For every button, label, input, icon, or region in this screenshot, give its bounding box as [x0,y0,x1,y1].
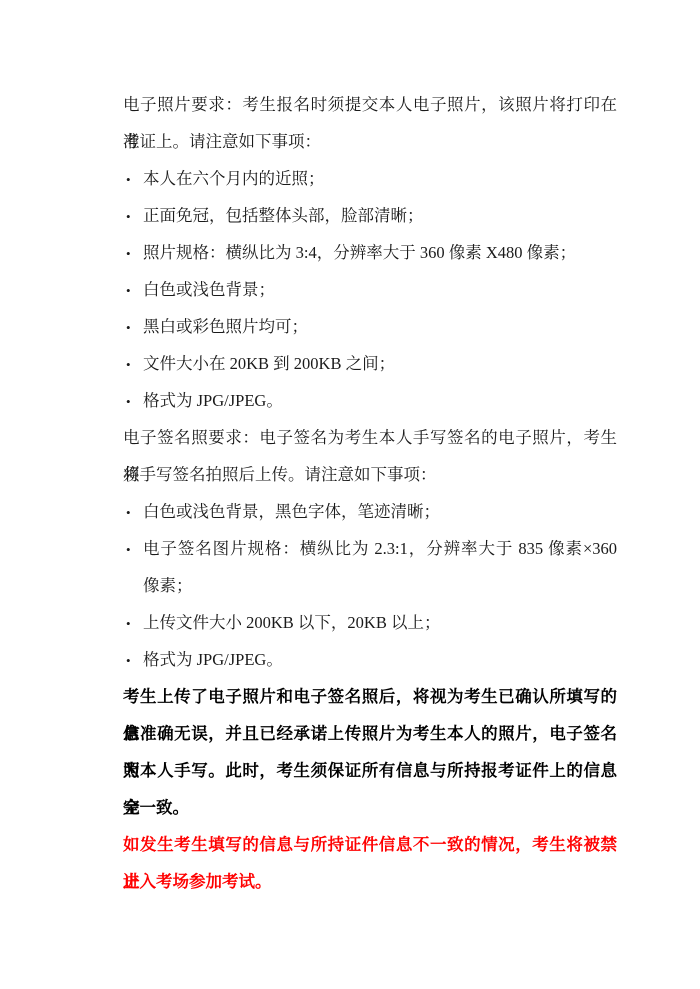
bullet-text: 照片规格：横纵比为 3:4，分辨率大于 360 像素 X480 像素； [143,234,640,271]
signature-requirements-intro-line2: 将手写签名拍照后上传。请注意如下事项： [123,456,640,493]
bullet-text: 格式为 JPG/JPEG。 [143,382,640,419]
confirmation-paragraph-line1: 考生上传了电子照片和电子签名照后，将视为考生已确认所填写的信 [123,678,617,715]
signature-item-spec-line2: 像素； [123,567,640,604]
bullet-text: 文件大小在 20KB 到 200KB 之间； [143,345,640,382]
signature-item-format: • 格式为 JPG/JPEG。 [123,641,640,678]
signature-requirements-intro-line1: 电子签名照要求：电子签名为考生本人手写签名的电子照片，考生须 [123,419,617,456]
photo-item-color: • 黑白或彩色照片均可； [123,308,640,345]
bullet-icon: • [123,531,143,568]
warning-paragraph-line1: 如发生考生填写的信息与所持证件信息不一致的情况，考生将被禁止 [123,826,617,863]
photo-item-spec: • 照片规格：横纵比为 3:4，分辨率大于 360 像素 X480 像素； [123,234,640,271]
confirmation-paragraph-line3: 为本人手写。此时，考生须保证所有信息与所持报考证件上的信息完 [123,752,617,789]
bullet-icon: • [123,383,143,420]
bullet-text: 本人在六个月内的近照； [143,160,640,197]
photo-item-filesize: • 文件大小在 20KB 到 200KB 之间； [123,345,640,382]
bullet-icon: • [123,235,143,272]
bullet-text: 上传文件大小 200KB 以下，20KB 以上； [143,604,640,641]
bullet-icon: • [123,605,143,642]
photo-item-frontal: • 正面免冠，包括整体头部，脸部清晰； [123,197,640,234]
photo-requirements-intro-line1: 电子照片要求：考生报名时须提交本人电子照片，该照片将打印在准 [123,86,617,123]
signature-item-filesize: • 上传文件大小 200KB 以下，20KB 以上； [123,604,640,641]
warning-paragraph-line2: 进入考场参加考试。 [123,863,640,900]
signature-item-spec-line1: • 电子签名图片规格：横纵比为 2.3:1，分辨率大于 835 像素×360 [123,530,640,567]
bullet-text: 格式为 JPG/JPEG。 [143,641,640,678]
photo-item-format: • 格式为 JPG/JPEG。 [123,382,640,419]
document-body: 电子照片要求：考生报名时须提交本人电子照片，该照片将打印在准 考证上。请注意如下… [0,0,700,900]
photo-item-background: • 白色或浅色背景； [123,271,640,308]
bullet-text: 黑白或彩色照片均可； [143,308,640,345]
bullet-icon: • [123,494,143,531]
bullet-icon: • [123,642,143,679]
bullet-text: 白色或浅色背景，黑色字体，笔迹清晰； [143,493,640,530]
photo-requirements-intro-line2: 考证上。请注意如下事项： [123,123,640,160]
bullet-icon: • [123,309,143,346]
signature-item-background: • 白色或浅色背景，黑色字体，笔迹清晰； [123,493,640,530]
bullet-icon: • [123,272,143,309]
bullet-text: 正面免冠，包括整体头部，脸部清晰； [143,197,640,234]
bullet-text: 电子签名图片规格：横纵比为 2.3:1，分辨率大于 835 像素×360 [143,530,617,567]
bullet-text: 白色或浅色背景； [143,271,640,308]
bullet-icon: • [123,346,143,383]
confirmation-paragraph-line2: 息准确无误，并且已经承诺上传照片为考生本人的照片，电子签名照 [123,715,617,752]
document-page: 电子照片要求：考生报名时须提交本人电子照片，该照片将打印在准 考证上。请注意如下… [0,0,700,989]
confirmation-paragraph-line4: 全一致。 [123,789,640,826]
bullet-icon: • [123,198,143,235]
photo-item-recent: • 本人在六个月内的近照； [123,160,640,197]
bullet-icon: • [123,161,143,198]
